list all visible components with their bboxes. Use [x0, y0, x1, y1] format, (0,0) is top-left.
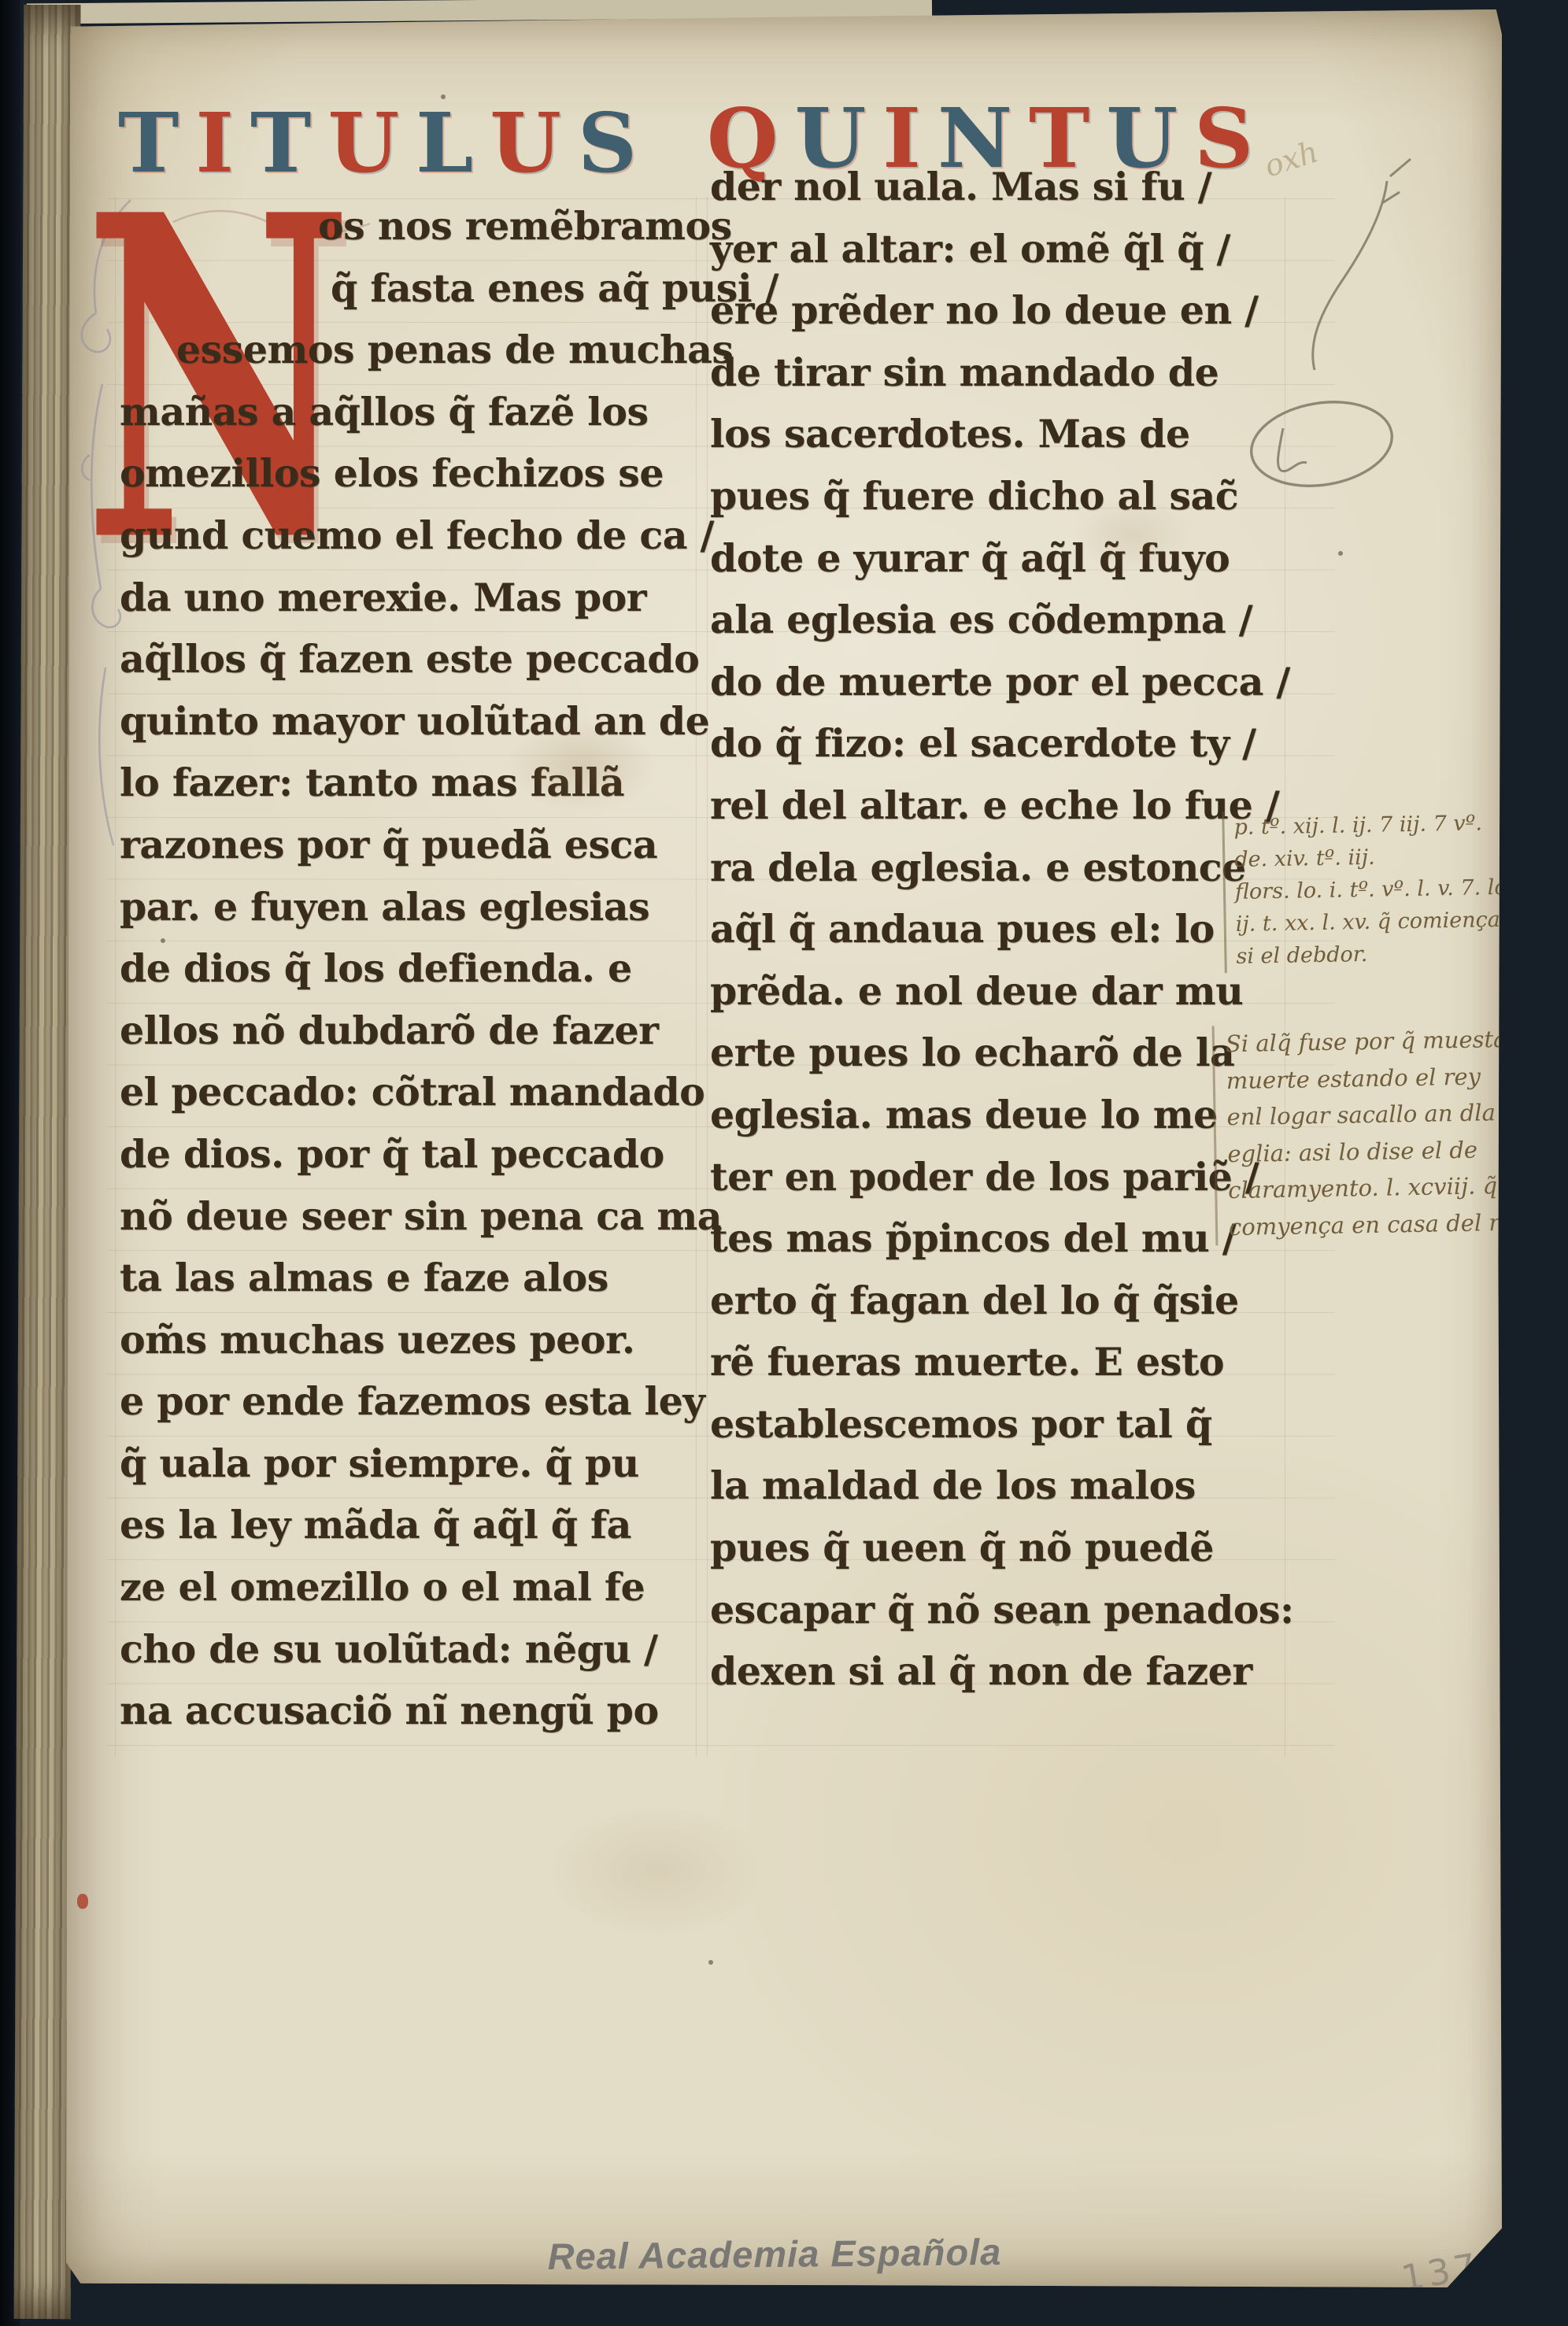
manuscript-line: os nos remẽbramos — [120, 203, 690, 265]
manuscript-line: prẽda. e nol deue dar mu — [710, 968, 1281, 1030]
manuscript-line: der nol uala. Mas si fu / — [710, 164, 1281, 226]
ink-speck — [161, 938, 165, 943]
manuscript-line: ellos nõ dubdarõ de fazer — [120, 1008, 690, 1070]
ink-speck — [441, 94, 446, 99]
manuscript-line: cho de su uolũtad: nẽgu / — [120, 1626, 690, 1688]
manuscript-line: da uno merexie. Mas por — [120, 575, 690, 637]
manuscript-line: rẽ fueras muerte. E esto — [710, 1339, 1281, 1401]
red-ink-mark — [77, 1894, 88, 1909]
manuscript-line: eglesia. mas deue lo me — [710, 1092, 1281, 1154]
manuscript-line: quinto mayor uolũtad an de — [120, 698, 690, 760]
manuscript-line: lo fazer: tanto mas fallã — [120, 760, 690, 822]
manuscript-line: pues q̃ fuere dicho al sac̃ — [710, 473, 1281, 535]
manuscript-line: pues q̃ ueen q̃ nõ puedẽ — [710, 1525, 1281, 1587]
manuscript-line: mañas a aq̃llos q̃ fazẽ los — [120, 389, 690, 451]
manuscript-line: par. e fuyen alas eglesias — [120, 884, 690, 946]
manuscript-line: establescemos por tal q̃ — [710, 1401, 1281, 1463]
parchment-page: TITULUS QUINTUS N os nos remẽbramosq̃ fa… — [66, 9, 1502, 2287]
manuscript-line: ra dela eglesia. e estonce — [710, 845, 1281, 907]
title-letter: U — [490, 102, 561, 184]
manuscript-line: rel del altar. e eche lo fue / — [710, 782, 1281, 845]
manuscript-line: yer al altar: el omẽ q̃l q̃ / — [710, 226, 1281, 288]
manuscript-line: dote e yurar q̃ aq̃l q̃ fuyo — [710, 535, 1281, 597]
gloss-line: flors. lo. i. tº. vº. l. v. 7. lo — [1235, 871, 1507, 908]
manuscript-line: de dios q̃ los defienda. e — [120, 945, 690, 1008]
title-letter: S — [578, 102, 637, 184]
ink-speck — [708, 1960, 713, 1965]
gloss-line: ij. t. xx. l. xv. q̃ comiença — [1235, 904, 1507, 941]
manuscript-line: erto q̃ fagan del lo q̃ q̃sie — [710, 1278, 1281, 1340]
ink-speck — [1055, 1622, 1060, 1626]
text-column-left: os nos remẽbramosq̃ fasta enes aq̃ pusi … — [120, 203, 690, 1750]
manuscript-photo: TITULUS QUINTUS N os nos remẽbramosq̃ fa… — [0, 0, 1568, 2326]
manuscript-line: ze el omezillo o el mal fe — [120, 1564, 690, 1626]
manuscript-line: q̃ uala por siempre. q̃ pu — [120, 1440, 690, 1503]
manuscript-line: escapar q̃ nõ sean penados: — [710, 1587, 1281, 1649]
gloss-line: comyença en casa del rey — [1229, 1204, 1527, 1245]
margin-gloss-citations: p. tº. xij. l. ij. 7 iij. 7 vº.de. xiv. … — [1222, 807, 1508, 973]
gloss-line: enl logar sacallo an dla — [1226, 1094, 1525, 1136]
manuscript-line: gund cuemo el fecho de ca / — [120, 512, 690, 575]
text-column-right: der nol uala. Mas si fu /yer al altar: e… — [710, 164, 1281, 1710]
manuscript-line: la maldad de los malos — [710, 1463, 1281, 1525]
manuscript-line: de dios. por q̃ tal peccado — [120, 1131, 690, 1193]
column-guide-line — [696, 197, 697, 1757]
manuscript-line: erte pues lo echarõ de la — [710, 1030, 1281, 1092]
manuscript-line: ta las almas e faze alos — [120, 1255, 690, 1317]
gloss-line: claramyento. l. xcviij. q̃ — [1228, 1167, 1526, 1209]
gloss-line: p. tº. xij. l. ij. 7 iij. 7 vº. — [1233, 807, 1506, 844]
manuscript-line: aq̃l q̃ andaua pues el: lo — [710, 906, 1281, 968]
watermark: Real Academia Española — [507, 2229, 1043, 2278]
manuscript-line: ter en poder de los pariẽ / — [710, 1154, 1281, 1216]
manuscript-line: na accusaciõ nĩ nengũ po — [120, 1688, 690, 1750]
title-letter: L — [416, 102, 473, 184]
manuscript-line: ere prẽder no lo deue en / — [710, 287, 1281, 349]
manuscript-line: do de muerte por el pecca / — [710, 659, 1281, 721]
gloss-line: Si alq̃ fuse por q̃ muesta — [1226, 1021, 1524, 1063]
margin-gloss-note: Si alq̃ fuse por q̃ muestamuerte estando… — [1212, 1021, 1527, 1246]
ink-stain — [546, 1804, 767, 1938]
manuscript-line: tes mas p̃pincos del mu / — [710, 1215, 1281, 1278]
gloss-line: eglia: asi lo dise el de — [1227, 1130, 1525, 1172]
gloss-line: de. xiv. tº. iij. — [1234, 839, 1507, 876]
manuscript-line: do q̃ fizo: el sacerdote ty / — [710, 720, 1281, 782]
manuscript-line: nõ deue seer sin pena ca ma — [120, 1193, 690, 1255]
manuscript-line: omezillos elos fechizos se — [120, 450, 690, 512]
column-guide-line — [1285, 197, 1285, 1757]
manuscript-line: e por ende fazemos esta ley — [120, 1378, 690, 1440]
column-guide-line — [707, 197, 708, 1757]
gloss-line: muerte estando el rey — [1226, 1057, 1524, 1099]
manuscript-line: essemos penas de muchas — [120, 327, 690, 389]
manuscript-line: aq̃llos q̃ fazen este peccado — [120, 636, 690, 698]
manuscript-line: es la ley mãda q̃ aq̃l q̃ fa — [120, 1502, 690, 1564]
manuscript-line: de tirar sin mandado de — [710, 349, 1281, 412]
manuscript-line: ala eglesia es cõdempna / — [710, 597, 1281, 659]
manuscript-line: om̃s muchas uezes peor. — [120, 1317, 690, 1379]
manuscript-line: el peccado: cõtral mandado — [120, 1069, 690, 1131]
page-number: 137 — [1398, 2245, 1484, 2300]
manuscript-line: razones por q̃ puedã esca — [120, 822, 690, 884]
manuscript-line: dexen si al q̃ non de fazer — [710, 1648, 1281, 1710]
gloss-line: si el debdor. — [1236, 936, 1508, 973]
manuscript-line: q̃ fasta enes aq̃ pusi / — [120, 265, 690, 327]
ink-speck — [1338, 551, 1343, 556]
manuscript-line: los sacerdotes. Mas de — [710, 411, 1281, 473]
